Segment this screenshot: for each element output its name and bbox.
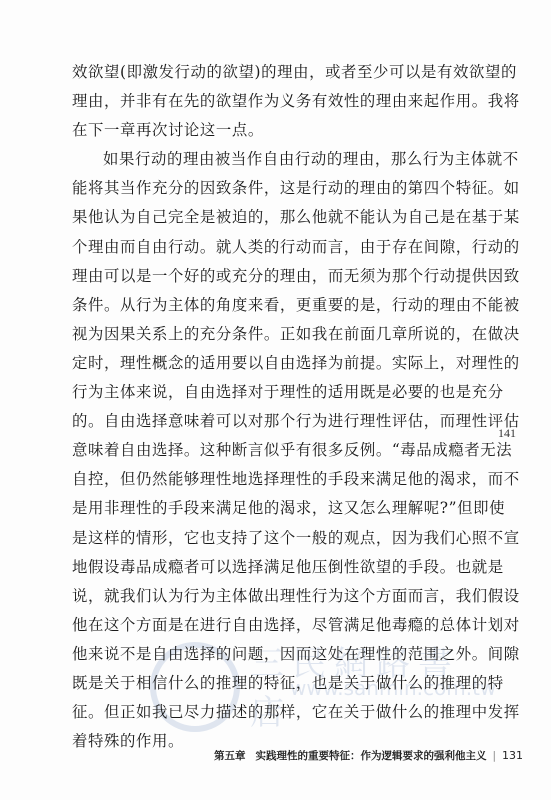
text-line: 他来说不是自由选择的问题，因而这处在理性的范围之外。间隙 (72, 640, 482, 669)
text-line: 征。但正如我已尽力描述的那样，它在关于做什么的推理中发挥 (72, 698, 482, 727)
text-line: 既是关于相信什么的推理的特征，也是关于做什么的推理的特 (72, 669, 482, 698)
text-line: 地假设毒品成瘾者可以选择满足他压倒性欲望的手段。也就是 (72, 553, 482, 582)
text-line: 在下一章再次讨论这一点。 (72, 116, 482, 145)
text-line: 说，就我们认为行为主体做出理性行为这个方面而言，我们假设 (72, 582, 482, 611)
footer-page-number: 131 (502, 749, 523, 762)
text-line: 他在这个方面是在进行自由选择，尽管满足他毒瘾的总体计划对 (72, 611, 482, 640)
text-line: 如果行动的理由被当作自由行动的理由，那么行为主体就不 (72, 145, 482, 174)
margin-page-number: 141 (498, 426, 516, 441)
book-page: 三民網路書店 www.sanmin.com.tw 效欲望(即激发行动的欲望)的理… (0, 0, 551, 800)
body-text: 效欲望(即激发行动的欲望)的理由，或者至少可以是有效欲望的理由，并非有在先的欲望… (72, 58, 482, 756)
text-line: 个理由而自由行动。就人类的行动而言，由于存在间隙，行动的 (72, 233, 482, 262)
text-line: 能将其当作充分的因致条件，这是行动的理由的第四个特征。如 (72, 174, 482, 203)
text-line: 定时，理性概念的适用要以自由选择为前提。实际上，对理性的 (72, 349, 482, 378)
footer-chapter: 第五章 (214, 750, 246, 762)
text-line: 行为主体来说，自由选择对于理性的适用既是必要的也是充分 (72, 378, 482, 407)
text-line: 的。自由选择意味着可以对那个行为进行理性评估，而理性评估 (72, 407, 482, 436)
text-line: 效欲望(即激发行动的欲望)的理由，或者至少可以是有效欲望的 (72, 58, 482, 87)
text-line: 是用非理性的手段来满足他的渴求，这又怎么理解呢?”但即使 (72, 494, 482, 523)
text-line: 视为因果关系上的充分条件。正如我在前面几章所说的，在做决 (72, 320, 482, 349)
footer-title: 实践理性的重要特征：作为逻辑要求的强利他主义 (256, 750, 487, 762)
running-footer: 第五章实践理性的重要特征：作为逻辑要求的强利他主义|131 (214, 748, 523, 763)
footer-separator: | (493, 750, 497, 762)
text-line: 理由可以是一个好的或充分的理由，而无须为那个行动提供因致 (72, 262, 482, 291)
text-line: 条件。从行为主体的角度来看，更重要的是，行动的理由不能被 (72, 291, 482, 320)
text-line: 意味着自由选择。这种断言似乎有很多反例。“毒品成瘾者无法 (72, 436, 482, 465)
text-line: 果他认为自己完全是被迫的，那么他就不能认为自己是在基于某 (72, 203, 482, 232)
text-line: 自控，但仍然能够理性地选择理性的手段来满足他的渴求，而不 (72, 465, 482, 494)
text-line: 理由，并非有在先的欲望作为义务有效性的理由来起作用。我将 (72, 87, 482, 116)
text-line: 是这样的情形，它也支持了这个一般的观点，因为我们心照不宣 (72, 524, 482, 553)
